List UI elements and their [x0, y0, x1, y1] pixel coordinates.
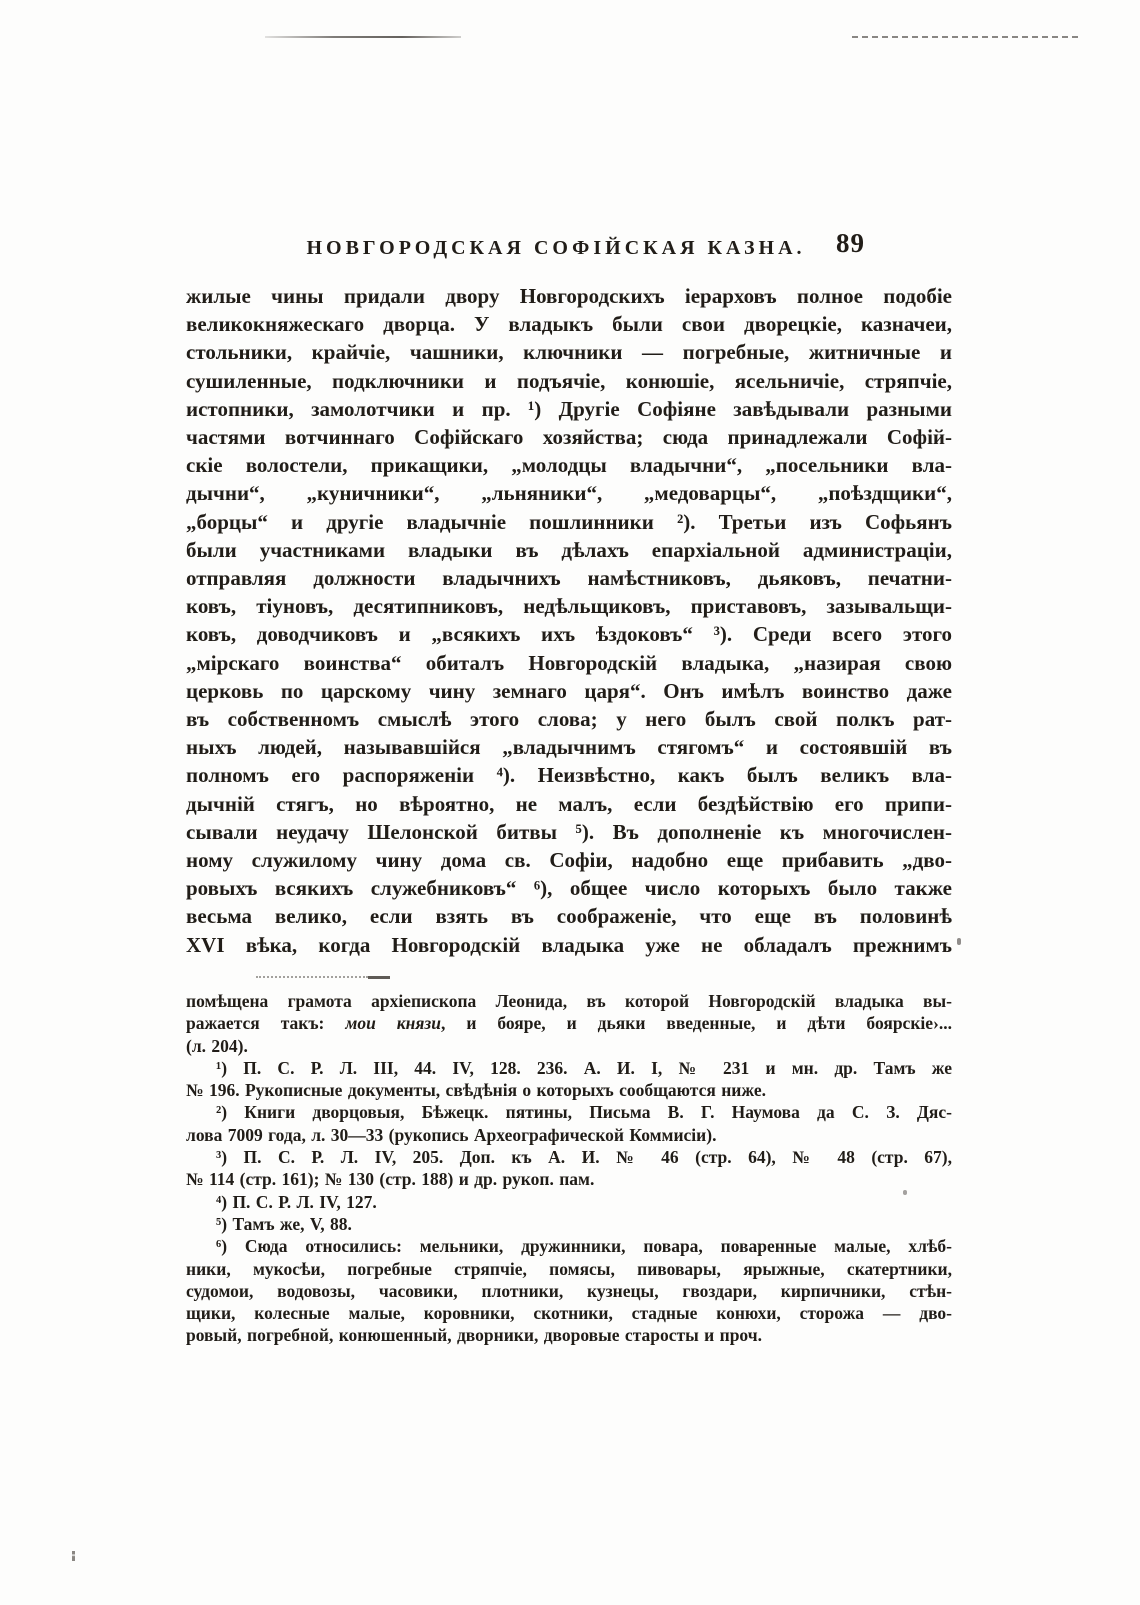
text-line: щики, колесные малые, коровники, скотник…	[186, 1302, 952, 1324]
footnote-separator-end-dash	[368, 976, 390, 979]
text-line: (л. 204).	[186, 1035, 952, 1057]
text-line: истопники, замолотчики и пр. ¹) Другіе С…	[186, 395, 952, 423]
text-line: ному служилому чину дома св. Софіи, надо…	[186, 846, 952, 874]
text-line: судомои, водовозы, часовики, плотники, к…	[186, 1280, 952, 1302]
running-header-title: НОВГОРОДСКАЯ СОФІЙСКАЯ КАЗНА.	[186, 237, 926, 260]
text-line: ³) П. С. Р. Л. IV, 205. Доп. къ А. И. № …	[186, 1146, 952, 1168]
text-line: ²) Книги дворцовыя, Бѣжецк. пятины, Пись…	[186, 1101, 952, 1123]
main-text-block: жилые чины придали двору Новгородскихъ і…	[186, 282, 952, 959]
text-line: № 114 (стр. 161); № 130 (стр. 188) и др.…	[186, 1168, 952, 1190]
text-line: стольники, крайчіе, чашники, ключники — …	[186, 338, 952, 366]
text-line: отправляя должности владычнихъ намѣстник…	[186, 564, 952, 592]
footnote-5: ⁵) Тамъ же, V, 88.	[186, 1213, 952, 1235]
text-line: сывали неудачу Шелонской битвы ⁵). Въ до…	[186, 818, 952, 846]
text-line: ники, мукосѣи, погребные стряпчіе, помяс…	[186, 1258, 952, 1280]
text-line: ныхъ людей, называвшійся „владычнимъ стя…	[186, 733, 952, 761]
text-line: XVI вѣка, когда Новгородскій владыка уже…	[186, 931, 952, 959]
footnote-2: ²) Книги дворцовыя, Бѣжецк. пятины, Пись…	[186, 1101, 952, 1146]
text-line: были участниками владыки въ дѣлахъ епарх…	[186, 536, 952, 564]
text-line: ковъ, доводчиковъ и „всякихъ ихъ ѣздоков…	[186, 620, 952, 648]
footnotes-block: помѣщена грамота архіепископа Леонида, в…	[186, 990, 952, 1347]
text-line: жилые чины придали двору Новгородскихъ і…	[186, 282, 952, 310]
text-line: скіе волостели, прикащики, „молодцы влад…	[186, 451, 952, 479]
text-line: № 196. Рукописные документы, свѣдѣнія о …	[186, 1079, 952, 1101]
page-number: 89	[836, 228, 865, 259]
text-line: въ собственномъ смыслѣ этого слова; у не…	[186, 705, 952, 733]
text-line: помѣщена грамота архіепископа Леонида, в…	[186, 990, 952, 1012]
text-line: дычній стягъ, но вѣроятно, не малъ, если…	[186, 790, 952, 818]
book-page: НОВГОРОДСКАЯ СОФІЙСКАЯ КАЗНА. 89 жилые ч…	[0, 0, 1140, 1605]
footnote-4: ⁴) П. С. Р. Л. IV, 127.	[186, 1191, 952, 1213]
text-line: ⁶) Сюда относились: мельники, дружинники…	[186, 1235, 952, 1257]
text-line: „мірскаго воинства“ обиталъ Новгородскій…	[186, 649, 952, 677]
text-line: ⁵) Тамъ же, V, 88.	[186, 1213, 952, 1235]
text-line: церковь по царскому чину земнаго царя“. …	[186, 677, 952, 705]
text-line: „борцы“ и другіе владычніе пошлинники ²)…	[186, 508, 952, 536]
text-line: ¹) П. С. Р. Л. III, 44. IV, 128. 236. А.…	[186, 1057, 952, 1079]
text-line: ровыхъ всякихъ служебниковъ“ ⁶), общее ч…	[186, 874, 952, 902]
footnote-6: ⁶) Сюда относились: мельники, дружинники…	[186, 1235, 952, 1346]
text-line: дычни“, „куничники“, „льняники“, „медова…	[186, 479, 952, 507]
text-line: полномъ его распоряженіи ⁴). Неизвѣстно,…	[186, 761, 952, 789]
scan-speck-bottom-left	[72, 1551, 75, 1561]
footnote-3: ³) П. С. Р. Л. IV, 205. Доп. къ А. И. № …	[186, 1146, 952, 1191]
footnote-1: ¹) П. С. Р. Л. III, 44. IV, 128. 236. А.…	[186, 1057, 952, 1102]
text-line: великокняжескаго дворца. У владыкъ были …	[186, 310, 952, 338]
footnote-separator	[256, 976, 368, 978]
text-line: частями вотчиннаго Софійскаго хозяйства;…	[186, 423, 952, 451]
text-line: лова 7009 года, л. 30—33 (рукопись Архео…	[186, 1124, 952, 1146]
text-line: сушиленные, подключники и подъячіе, коню…	[186, 367, 952, 395]
scan-artifact-top-right	[852, 36, 1078, 38]
footnote-continuation: помѣщена грамота архіепископа Леонида, в…	[186, 990, 952, 1057]
text-line: ⁴) П. С. Р. Л. IV, 127.	[186, 1191, 952, 1213]
scan-artifact-top-left	[265, 36, 461, 38]
text-line: ражается такъ: мои князи, и бояре, и дья…	[186, 1012, 952, 1034]
text-line: ровый, погребной, конюшенный, дворники, …	[186, 1324, 952, 1346]
text-line: весьма велико, если взять въ соображеніе…	[186, 902, 952, 930]
text-line: ковъ, тіуновъ, десятипниковъ, недѣльщико…	[186, 592, 952, 620]
scan-speck-right	[957, 938, 961, 945]
